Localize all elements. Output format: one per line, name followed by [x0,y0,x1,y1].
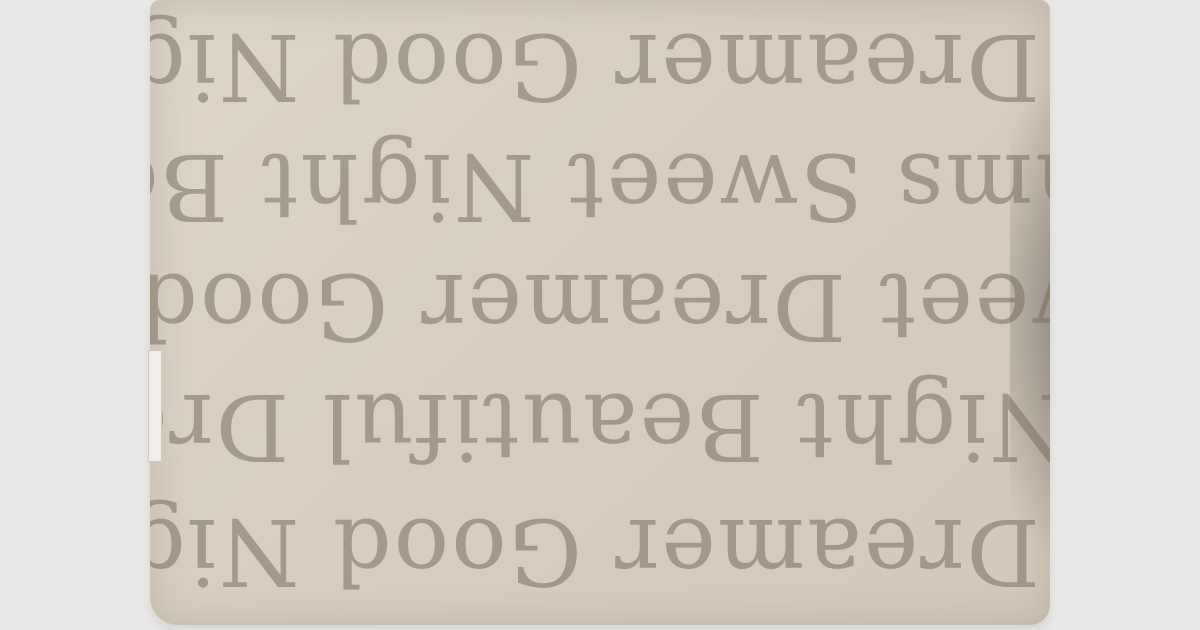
text-line: Night Beautiful Dream [150,373,1050,480]
text-line: Dreamer Good Night [150,498,1040,605]
printed-text: Dreamer Good Night ams Sweet Night Bea w… [150,0,1050,625]
text-line: ams Sweet Night Bea [150,133,1050,240]
care-label [148,350,162,462]
text-line: Dreamer Good Night [150,13,1040,120]
pillow: Dreamer Good Night ams Sweet Night Bea w… [150,0,1050,625]
text-line: weet Dreamer Good [150,253,1050,360]
